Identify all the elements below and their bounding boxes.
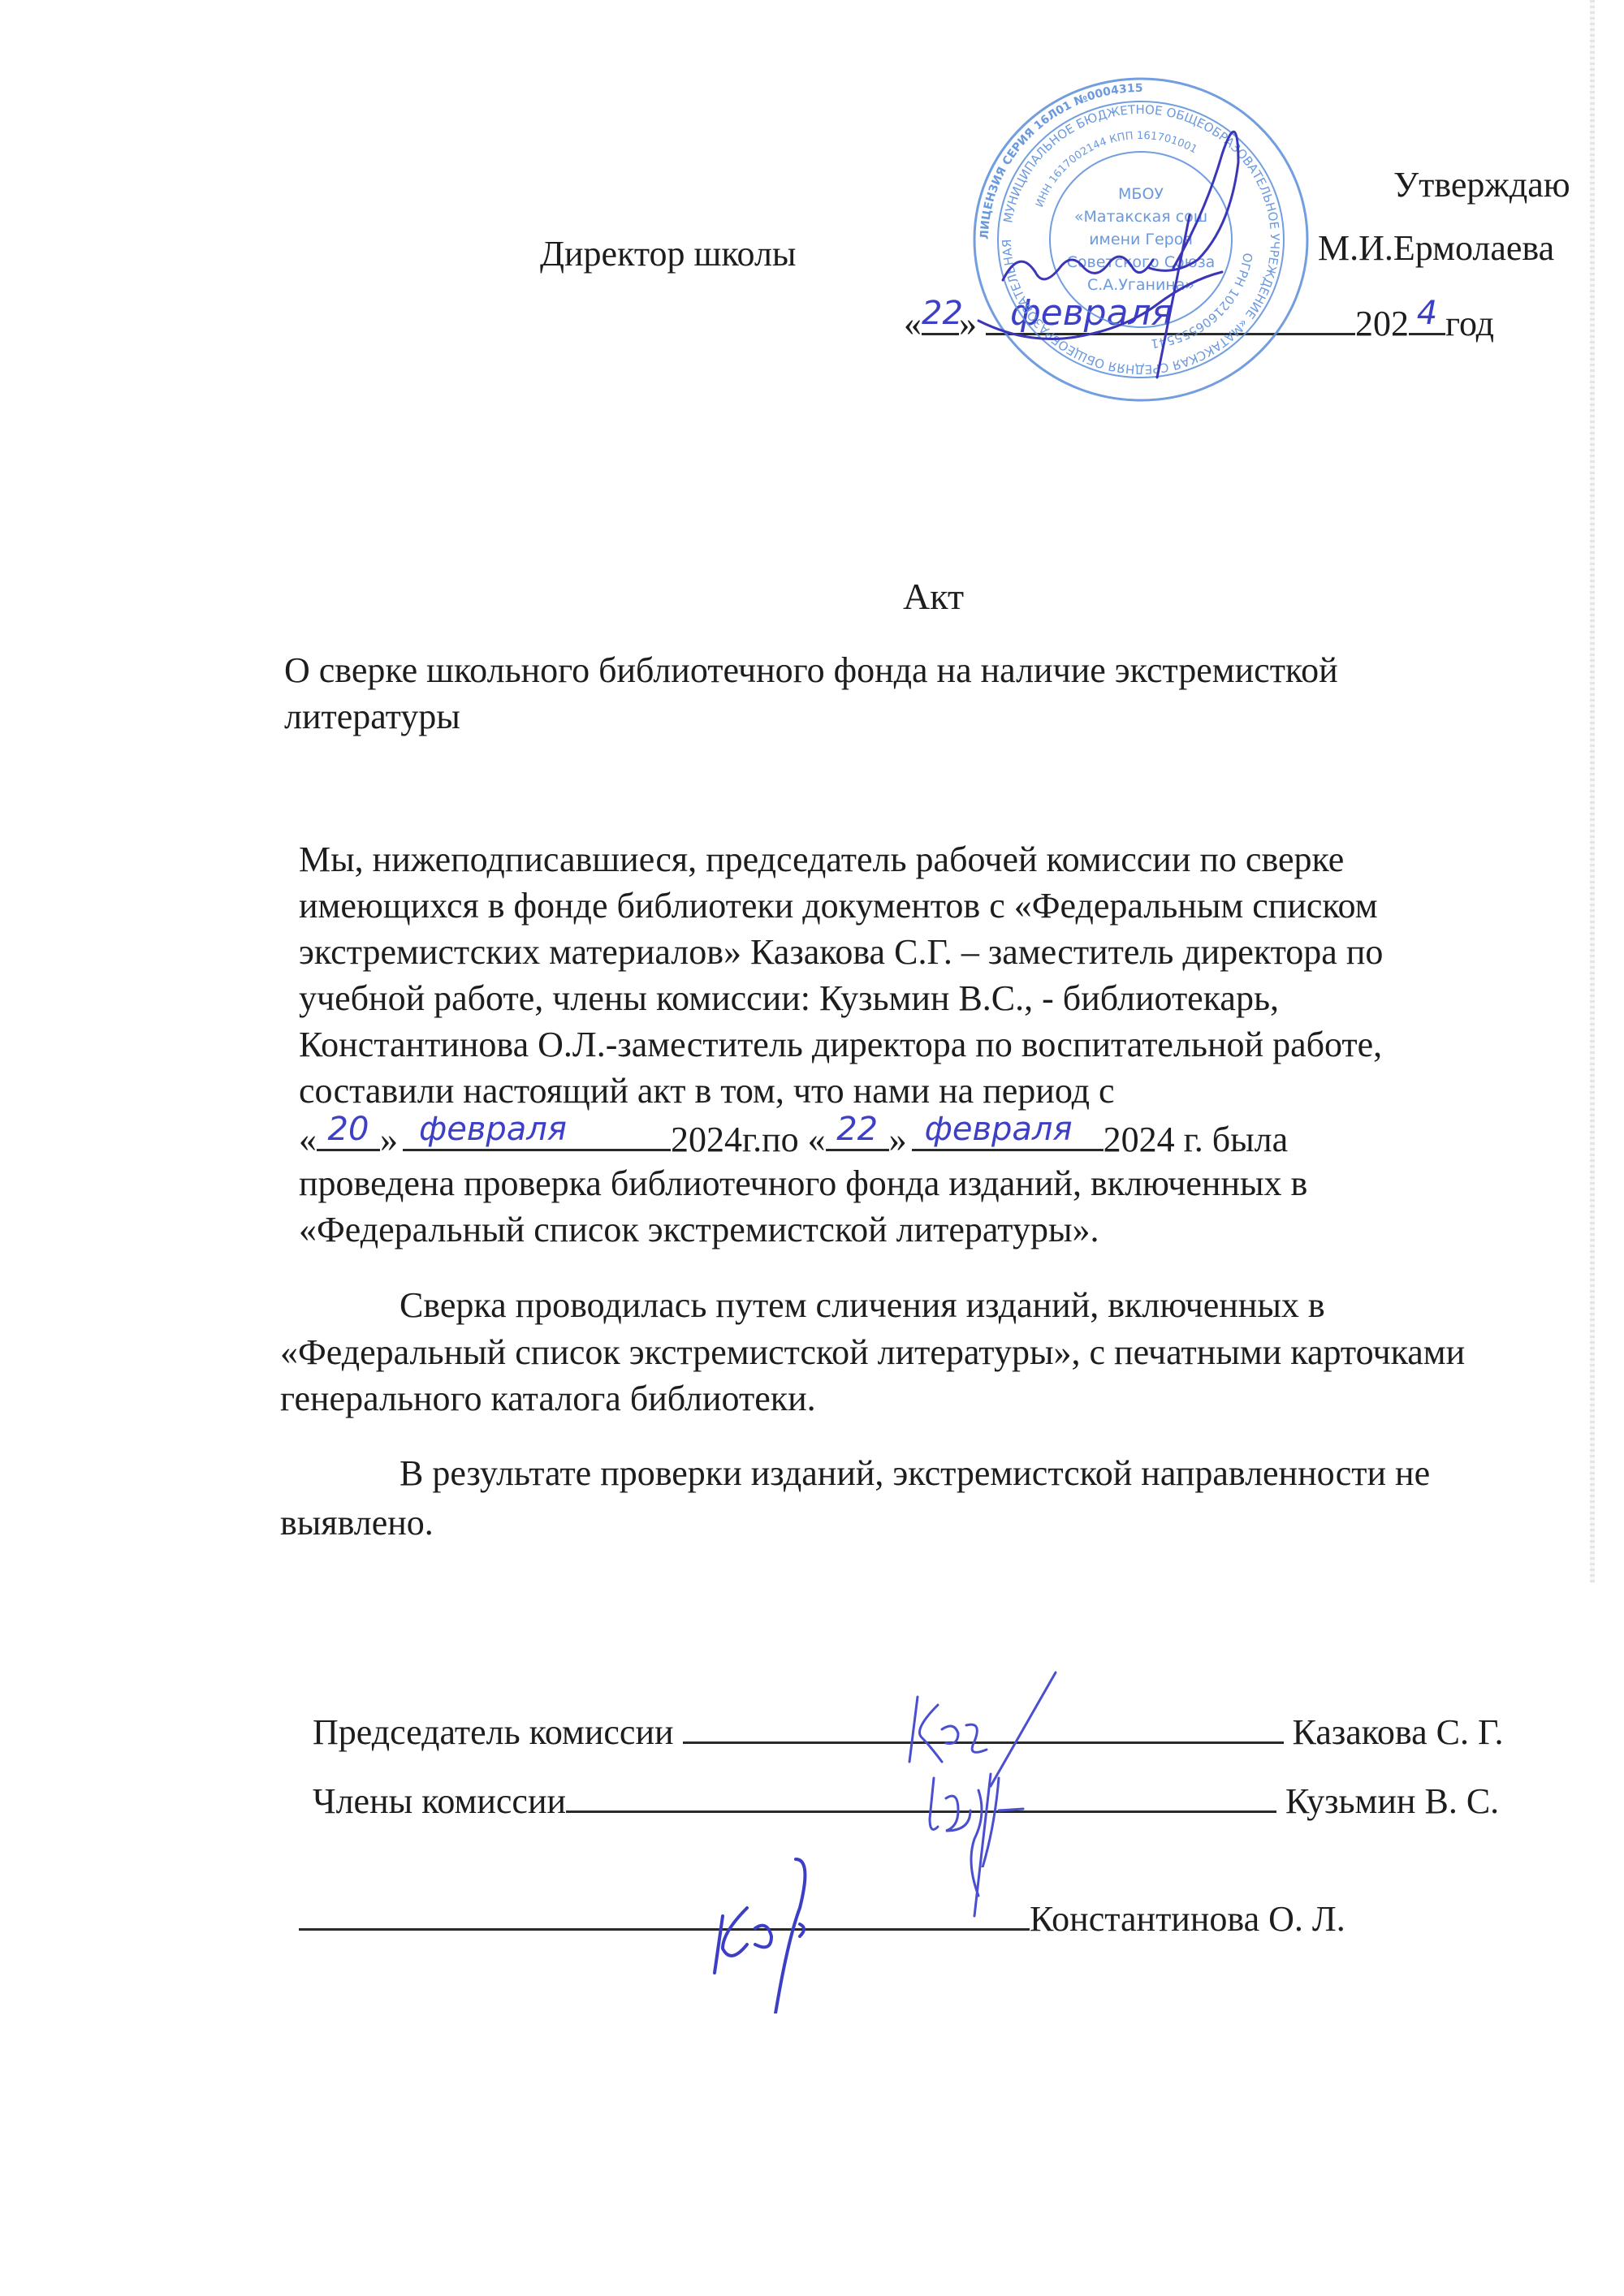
handwritten-to-month: февраля bbox=[912, 1113, 1104, 1146]
body-line: Константинова О.Л.-заместитель директора… bbox=[299, 1024, 1382, 1066]
body-line: Мы, нижеподписавшиеся, председатель рабо… bbox=[299, 839, 1344, 881]
year-suffix: год bbox=[1445, 304, 1494, 343]
body-line: Сверка проводилась путем сличения издани… bbox=[400, 1284, 1325, 1327]
chair-name: Казакова С. Г. bbox=[1293, 1712, 1504, 1752]
members-label: Члены комиссии bbox=[313, 1781, 566, 1821]
handwritten-from-day: 20 bbox=[317, 1113, 380, 1146]
svg-text:МУНИЦИПАЛЬНОЕ БЮДЖЕТНОЕ ОБЩЕОБ: МУНИЦИПАЛЬНОЕ БЮДЖЕТНОЕ ОБЩЕОБРАЗОВАТЕЛЬ… bbox=[970, 77, 1282, 377]
body-line: выявлено. bbox=[280, 1502, 434, 1544]
handwritten-to-day: 22 bbox=[826, 1113, 889, 1146]
document-subtitle-line-1: О сверке школьного библиотечного фонда н… bbox=[284, 650, 1338, 692]
handwritten-year-digit: 4 bbox=[1409, 297, 1445, 330]
body-line: генерального каталога библиотеки. bbox=[280, 1378, 816, 1420]
handwritten-day: 22 bbox=[922, 297, 959, 330]
to-month-field: февраля bbox=[912, 1116, 1104, 1151]
chair-label: Председатель комиссии bbox=[313, 1712, 674, 1752]
period-year-suffix: 2024 г. была bbox=[1104, 1120, 1289, 1159]
official-stamp: ЛИЦЕНЗИЯ СЕРИЯ 16Л01 №0004315 МУНИЦИПАЛЬ… bbox=[970, 77, 1311, 402]
stamp-center-line-3: имени Героя bbox=[1089, 231, 1193, 248]
handwritten-from-month: февраля bbox=[403, 1113, 671, 1146]
quote-open: « bbox=[904, 304, 922, 343]
document-heading: Акт bbox=[903, 575, 964, 618]
year-prefix: 202 bbox=[1355, 304, 1409, 343]
body-line: «Федеральный список экстремистской литер… bbox=[299, 1209, 1099, 1251]
director-position: Директор школы bbox=[540, 233, 797, 275]
body-line: имеющихся в фонде библиотеки документов … bbox=[299, 885, 1378, 927]
body-line: «Федеральный список экстремистской литер… bbox=[280, 1331, 1465, 1374]
body-line: составили настоящий акт в том, что нами … bbox=[299, 1070, 1114, 1112]
period-line: «20»февраля2024г.по «22»февраля2024 г. б… bbox=[299, 1116, 1288, 1161]
quote-close: » bbox=[380, 1120, 398, 1159]
body-line: учебной работе, члены комиссии: Кузьмин … bbox=[299, 978, 1279, 1020]
stamp-outer-ring: МУНИЦИПАЛЬНОЕ БЮДЖЕТНОЕ ОБЩЕОБРАЗОВАТЕЛЬ… bbox=[970, 77, 1282, 377]
quote-close: » bbox=[889, 1120, 907, 1159]
approve-label: Утверждаю bbox=[1393, 164, 1570, 206]
from-day-field: 20 bbox=[317, 1116, 380, 1151]
member1-signature bbox=[909, 1754, 1072, 1924]
year-digit-field: 4 bbox=[1409, 300, 1445, 335]
scan-edge-shadow bbox=[1590, 0, 1595, 1583]
member2-signature bbox=[706, 1851, 853, 2013]
from-month-field: февраля bbox=[403, 1116, 671, 1151]
member1-name: Кузьмин В. С. bbox=[1285, 1781, 1499, 1821]
body-line: проведена проверка библиотечного фонда и… bbox=[299, 1163, 1307, 1205]
to-day-field: 22 bbox=[826, 1116, 889, 1151]
member2-name: Константинова О. Л. bbox=[1030, 1899, 1345, 1939]
director-name: М.И.Ермолаева bbox=[1318, 227, 1554, 270]
day-field: 22 bbox=[922, 300, 959, 335]
stamp-center-line-1: МБОУ bbox=[1118, 185, 1164, 203]
quote-open: « bbox=[299, 1120, 317, 1159]
period-to-label: 2024г.по « bbox=[671, 1120, 826, 1159]
body-line: экстремистских материалов» Казакова С.Г.… bbox=[299, 931, 1383, 973]
body-line: В результате проверки изданий, экстремис… bbox=[400, 1452, 1430, 1495]
document-subtitle-line-2: литературы bbox=[284, 696, 460, 738]
